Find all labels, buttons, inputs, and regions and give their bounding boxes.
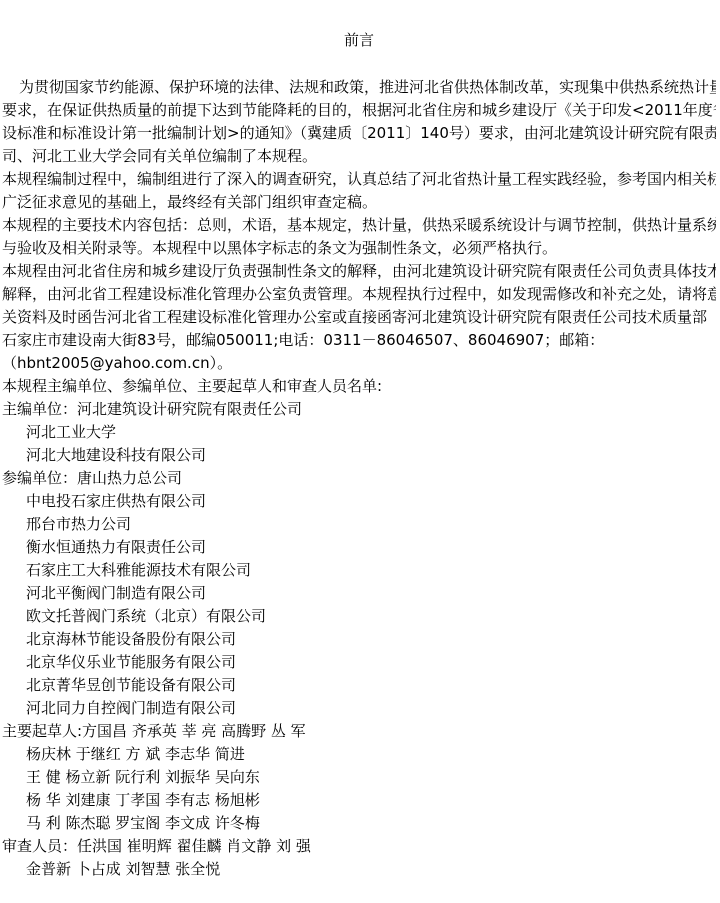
- text-line: 解释，由河北省工程建设标准化管理办公室负责管理。本规程执行过程中，如发现需修改和…: [2, 283, 716, 306]
- text-line: 杨 华 刘建康 丁孝国 李有志 杨旭彬: [2, 789, 716, 812]
- text-line: 中电投石家庄供热有限公司: [2, 490, 716, 513]
- document-page: 前言 为贯彻国家节约能源、保护环境的法律、法规和政策，推进河北省供热体制改革，实…: [0, 0, 720, 903]
- text-line: 河北工业大学: [2, 421, 716, 444]
- text-line: 河北同力自控阀门制造有限公司: [2, 697, 716, 720]
- text-line: 与验收及相关附录等。本规程中以黑体字标志的条文为强制性条文，必须严格执行。: [2, 237, 716, 260]
- text-line: 石家庄工大科雅能源技术有限公司: [2, 559, 716, 582]
- text-line: 广泛征求意见的基础上，最终经有关部门组织审查定稿。: [2, 191, 716, 214]
- text-line: 欧文托普阀门系统（北京）有限公司: [2, 605, 716, 628]
- text-line: 王 健 杨立新 阮行利 刘振华 吴向东: [2, 766, 716, 789]
- text-line: 主要起草人:方国昌 齐承英 莘 亮 高腾野 丛 军: [2, 720, 716, 743]
- text-line: 本规程由河北省住房和城乡建设厅负责强制性条文的解释，由河北建筑设计研究院有限责任…: [2, 260, 716, 283]
- text-line: 北京海林节能设备股份有限公司: [2, 628, 716, 651]
- text-line: 河北平衡阀门制造有限公司: [2, 582, 716, 605]
- text-line: 审查人员：任洪国 崔明辉 翟佳麟 肖文静 刘 强: [2, 835, 716, 858]
- text-line: 金普新 卜占成 刘智慧 张全悦: [2, 858, 716, 881]
- text-line: 杨庆林 于继红 方 斌 李志华 简进: [2, 743, 716, 766]
- text-line: 本规程编制过程中，编制组进行了深入的调查研究，认真总结了河北省热计量工程实践经验…: [2, 168, 716, 191]
- text-line: 北京菁华昱创节能设备有限公司: [2, 674, 716, 697]
- text-line: 本规程主编单位、参编单位、主要起草人和审查人员名单:: [2, 375, 716, 398]
- text-line: 本规程的主要技术内容包括：总则，术语，基本规定，热计量，供热采暖系统设计与调节控…: [2, 214, 716, 237]
- text-line: 河北大地建设科技有限公司: [2, 444, 716, 467]
- text-line: 司、河北工业大学会同有关单位编制了本规程。: [2, 145, 716, 168]
- text-line: 关资料及时函告河北省工程建设标准化管理办公室或直接函寄河北建筑设计研究院有限责任…: [2, 306, 716, 329]
- text-line: 为贯彻国家节约能源、保护环境的法律、法规和政策，推进河北省供热体制改革，实现集中…: [2, 76, 716, 99]
- text-line: 衡水恒通热力有限责任公司: [2, 536, 716, 559]
- text-line: 设标准和标准设计第一批编制计划>的通知》（冀建质〔2011〕140号）要求，由河…: [2, 122, 716, 145]
- text-line: 参编单位：唐山热力总公司: [2, 467, 716, 490]
- page-title: 前言: [2, 30, 716, 50]
- text-line: 邢台市热力公司: [2, 513, 716, 536]
- text-line: 北京华仪乐业节能服务有限公司: [2, 651, 716, 674]
- text-line: 石家庄市建设南大街83号，邮编050011;电话：0311－86046507、8…: [2, 329, 716, 352]
- document-body: 为贯彻国家节约能源、保护环境的法律、法规和政策，推进河北省供热体制改革，实现集中…: [2, 76, 716, 881]
- text-line: （hbnt2005@yahoo.com.cn）。: [2, 352, 716, 375]
- text-line: 要求，在保证供热质量的前提下达到节能降耗的目的，根据河北省住房和城乡建设厅《关于…: [2, 99, 716, 122]
- text-line: 主编单位：河北建筑设计研究院有限责任公司: [2, 398, 716, 421]
- text-line: 马 利 陈杰聪 罗宝阁 李文成 许冬梅: [2, 812, 716, 835]
